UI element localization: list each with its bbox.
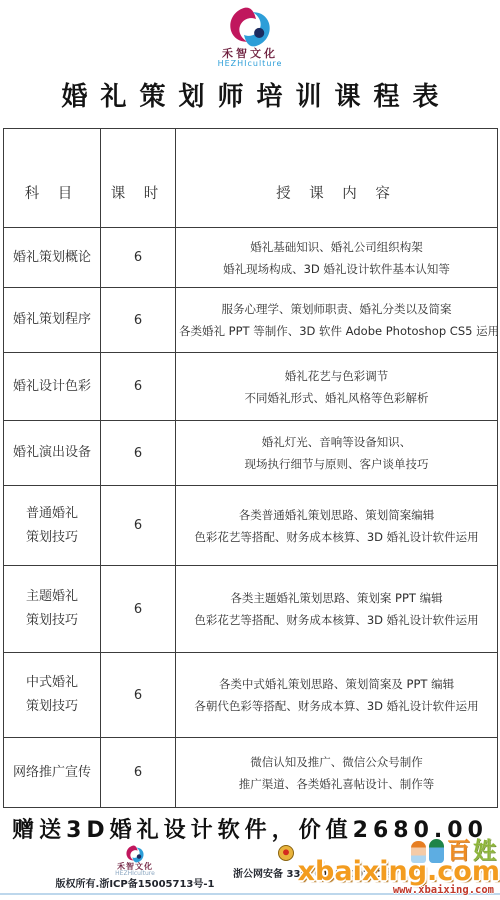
course-table: 科 目 课 时 授 课 内 容 婚礼策划概论 6 婚礼基础知识、婚礼公司组织构架… bbox=[3, 128, 498, 808]
subject-line: 策划技巧 bbox=[7, 526, 97, 550]
header-subject: 科 目 bbox=[4, 129, 101, 228]
page-title: 婚礼策划师培训课程表 bbox=[0, 76, 500, 113]
subject-line: 婚礼策划程序 bbox=[13, 312, 91, 327]
content-cell: 各类主题婚礼策划思路、策划案 PPT 编辑 色彩花艺等搭配、财务成本核算、3D … bbox=[176, 566, 498, 653]
subject-cell: 主题婚礼 策划技巧 bbox=[4, 566, 101, 653]
table-row: 婚礼策划概论 6 婚礼基础知识、婚礼公司组织构架 婚礼现场构成、3D 婚礼设计软… bbox=[4, 228, 498, 288]
header-brand: 禾智文化 HEZHIculture bbox=[0, 0, 500, 69]
hours-cell: 6 bbox=[101, 353, 176, 421]
hours-cell: 6 bbox=[101, 653, 176, 738]
content-cell: 婚礼基础知识、婚礼公司组织构架 婚礼现场构成、3D 婚礼设计软件基本认知等 bbox=[176, 228, 498, 288]
subject-line: 婚礼演出设备 bbox=[13, 445, 91, 460]
subject-cell: 婚礼演出设备 bbox=[4, 421, 101, 486]
hours-cell: 6 bbox=[101, 566, 176, 653]
subject-line: 婚礼设计色彩 bbox=[13, 379, 91, 394]
content-line: 各朝代色彩等搭配、财务成本算、3D 婚礼设计软件运用 bbox=[179, 695, 494, 717]
table-row: 婚礼设计色彩 6 婚礼花艺与色彩调节 不同婚礼形式、婚礼风格等色彩解析 bbox=[4, 353, 498, 421]
content-line: 各类普通婚礼策划思路、策划简案编辑 bbox=[179, 504, 494, 526]
subject-cell: 婚礼策划程序 bbox=[4, 288, 101, 353]
footer: 禾智文化 HEZHIculture 版权所有.浙ICP备15005713号-1 … bbox=[0, 845, 500, 895]
content-cell: 婚礼花艺与色彩调节 不同婚礼形式、婚礼风格等色彩解析 bbox=[176, 353, 498, 421]
hezhi-logo-icon bbox=[227, 6, 273, 48]
subject-cell: 婚礼策划概论 bbox=[4, 228, 101, 288]
content-line: 服务心理学、策划师职责、婚礼分类以及简案 bbox=[179, 298, 494, 320]
subject-cell: 网络推广宣传 bbox=[4, 738, 101, 808]
hours-cell: 6 bbox=[101, 228, 176, 288]
content-cell: 各类普通婚礼策划思路、策划简案编辑 色彩花艺等搭配、财务成本核算、3D 婚礼设计… bbox=[176, 486, 498, 566]
content-line: 各类主题婚礼策划思路、策划案 PPT 编辑 bbox=[179, 587, 494, 609]
content-cell: 各类中式婚礼策划思路、策划简案及 PPT 编辑 各朝代色彩等搭配、财务成本算、3… bbox=[176, 653, 498, 738]
content-line: 婚礼花艺与色彩调节 bbox=[179, 365, 494, 387]
table-row: 网络推广宣传 6 微信认知及推广、微信公众号制作 推广渠道、各类婚礼喜帖设计、制… bbox=[4, 738, 498, 808]
table-row: 普通婚礼 策划技巧 6 各类普通婚礼策划思路、策划简案编辑 色彩花艺等搭配、财务… bbox=[4, 486, 498, 566]
content-line: 现场执行细节与原则、客户谈单技巧 bbox=[179, 453, 494, 475]
subject-line: 主题婚礼 bbox=[7, 585, 97, 609]
header-hours: 课 时 bbox=[101, 129, 176, 228]
subject-line: 婚礼策划概论 bbox=[13, 250, 91, 265]
hezhi-logo-small-icon bbox=[125, 845, 145, 863]
content-line: 婚礼灯光、音响等设备知识、 bbox=[179, 431, 494, 453]
brand-subname: HEZHIculture bbox=[0, 60, 500, 69]
content-cell: 服务心理学、策划师职责、婚礼分类以及简案 各类婚礼 PPT 等制作、3D 软件 … bbox=[176, 288, 498, 353]
hours-cell: 6 bbox=[101, 288, 176, 353]
table-row: 婚礼演出设备 6 婚礼灯光、音响等设备知识、 现场执行细节与原则、客户谈单技巧 bbox=[4, 421, 498, 486]
content-line: 色彩花艺等搭配、财务成本核算、3D 婚礼设计软件运用 bbox=[179, 609, 494, 631]
content-line: 微信认知及推广、微信公众号制作 bbox=[179, 751, 494, 773]
subject-line: 网络推广宣传 bbox=[13, 765, 91, 780]
content-line: 色彩花艺等搭配、财务成本核算、3D 婚礼设计软件运用 bbox=[179, 526, 494, 548]
watermark-url-text: www.xbaixing.com bbox=[393, 884, 494, 896]
copyright-text: 版权所有.浙ICP备15005713号-1 bbox=[50, 880, 220, 891]
header-content: 授 课 内 容 bbox=[176, 129, 498, 228]
subject-line: 普通婚礼 bbox=[7, 502, 97, 526]
footer-brand-subname: HEZHIculture bbox=[50, 871, 220, 877]
content-line: 不同婚礼形式、婚礼风格等色彩解析 bbox=[179, 387, 494, 409]
hours-cell: 6 bbox=[101, 738, 176, 808]
hours-cell: 6 bbox=[101, 421, 176, 486]
content-line: 婚礼现场构成、3D 婚礼设计软件基本认知等 bbox=[179, 258, 494, 280]
hours-cell: 6 bbox=[101, 486, 176, 566]
police-badge-icon bbox=[278, 845, 294, 861]
watermark-site-text: xbaixing.com bbox=[298, 856, 500, 887]
subject-line: 策划技巧 bbox=[7, 609, 97, 633]
subject-cell: 普通婚礼 策划技巧 bbox=[4, 486, 101, 566]
subject-line: 策划技巧 bbox=[7, 695, 97, 719]
subject-cell: 婚礼设计色彩 bbox=[4, 353, 101, 421]
content-line: 推广渠道、各类婚礼喜帖设计、制作等 bbox=[179, 773, 494, 795]
content-line: 各类中式婚礼策划思路、策划简案及 PPT 编辑 bbox=[179, 673, 494, 695]
table-header-row: 科 目 课 时 授 课 内 容 bbox=[4, 129, 498, 228]
subject-line: 中式婚礼 bbox=[7, 671, 97, 695]
table-row: 主题婚礼 策划技巧 6 各类主题婚礼策划思路、策划案 PPT 编辑 色彩花艺等搭… bbox=[4, 566, 498, 653]
subject-cell: 中式婚礼 策划技巧 bbox=[4, 653, 101, 738]
content-cell: 微信认知及推广、微信公众号制作 推广渠道、各类婚礼喜帖设计、制作等 bbox=[176, 738, 498, 808]
content-cell: 婚礼灯光、音响等设备知识、 现场执行细节与原则、客户谈单技巧 bbox=[176, 421, 498, 486]
content-line: 各类婚礼 PPT 等制作、3D 软件 Adobe Photoshop CS5 运… bbox=[179, 320, 494, 342]
table-row: 婚礼策划程序 6 服务心理学、策划师职责、婚礼分类以及简案 各类婚礼 PPT 等… bbox=[4, 288, 498, 353]
footer-brand-block: 禾智文化 HEZHIculture 版权所有.浙ICP备15005713号-1 bbox=[50, 845, 220, 890]
table-row: 中式婚礼 策划技巧 6 各类中式婚礼策划思路、策划简案及 PPT 编辑 各朝代色… bbox=[4, 653, 498, 738]
content-line: 婚礼基础知识、婚礼公司组织构架 bbox=[179, 236, 494, 258]
page: 禾智文化 HEZHIculture 婚礼策划师培训课程表 科 目 课 时 授 课… bbox=[0, 0, 500, 900]
